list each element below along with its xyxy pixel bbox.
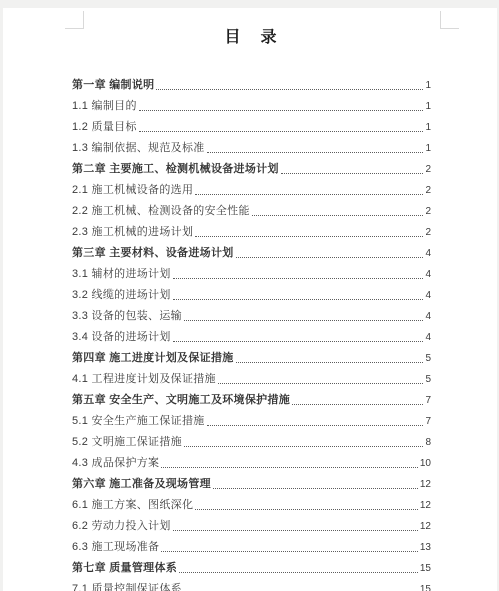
toc-entry-label: 第三章 主要材料、设备进场计划 (72, 246, 234, 261)
toc-entry-label: 1.1 编制目的 (72, 99, 137, 114)
toc-entry[interactable]: 1.2 质量目标 1 (72, 114, 431, 135)
toc-entry-page-number: 7 (425, 393, 431, 408)
toc-entry[interactable]: 1.1 编制目的 1 (72, 93, 431, 114)
toc-entry-page-number: 2 (425, 162, 431, 177)
toc-entry-page-number: 4 (425, 246, 431, 261)
document-page: 目 录 第一章 编制说明 1 1.1 编制目的 1 1.2 质量目标 1 1.3… (3, 8, 497, 591)
toc-dot-leader (213, 487, 418, 489)
toc-entry-label: 1.2 质量目标 (72, 120, 137, 135)
toc-entry-page-number: 7 (425, 414, 431, 429)
toc-entry-page-number: 1 (425, 120, 431, 135)
toc-entry-label: 5.2 文明施工保证措施 (72, 435, 182, 450)
toc-dot-leader (173, 298, 424, 300)
toc-entry[interactable]: 5.2 文明施工保证措施 8 (72, 429, 431, 450)
toc-entry-page-number: 4 (425, 309, 431, 324)
toc-entry[interactable]: 4.3 成品保护方案 10 (72, 450, 431, 471)
toc-entry-label: 3.2 线缆的进场计划 (72, 288, 171, 303)
toc-entry-label: 6.2 劳动力投入计划 (72, 519, 171, 534)
toc-entry-label: 1.3 编制依据、规范及标准 (72, 141, 205, 156)
toc-entry[interactable]: 2.3 施工机械的进场计划 2 (72, 219, 431, 240)
toc-entry[interactable]: 第四章 施工进度计划及保证措施 5 (72, 345, 431, 366)
toc-entry[interactable]: 第一章 编制说明 1 (72, 72, 431, 93)
toc-dot-leader (173, 277, 424, 279)
toc-dot-leader (156, 88, 423, 90)
toc-entry[interactable]: 第五章 安全生产、文明施工及环境保护措施 7 (72, 387, 431, 408)
toc-entry-label: 第一章 编制说明 (72, 78, 154, 93)
toc-dot-leader (236, 361, 424, 363)
toc-entry-page-number: 10 (420, 456, 431, 471)
toc-entry-page-number: 12 (420, 519, 431, 534)
toc-entry-page-number: 12 (420, 477, 431, 492)
toc-entry-page-number: 4 (425, 330, 431, 345)
toc-entry-page-number: 13 (420, 540, 431, 555)
toc-entry-page-number: 5 (425, 372, 431, 387)
toc-dot-leader (184, 445, 423, 447)
toc-entry[interactable]: 3.4 设备的进场计划 4 (72, 324, 431, 345)
toc-dot-leader (179, 571, 418, 573)
toc-entry-page-number: 5 (425, 351, 431, 366)
toc-entry-label: 2.2 施工机械、检测设备的安全性能 (72, 204, 250, 219)
toc-dot-leader (184, 319, 423, 321)
toc-dot-leader (139, 109, 424, 111)
margin-crop-mark-top-left (65, 11, 84, 29)
toc-dot-leader (252, 214, 424, 216)
toc-entry[interactable]: 3.1 辅材的进场计划 4 (72, 261, 431, 282)
toc-entry-page-number: 2 (425, 204, 431, 219)
toc-entry[interactable]: 第七章 质量管理体系 15 (72, 555, 431, 576)
toc-entry-label: 第二章 主要施工、检测机械设备进场计划 (72, 162, 279, 177)
toc-dot-leader (207, 151, 424, 153)
toc-dot-leader (281, 172, 424, 174)
toc-entry[interactable]: 6.1 施工方案、图纸深化 12 (72, 492, 431, 513)
toc-entry[interactable]: 2.2 施工机械、检测设备的安全性能 2 (72, 198, 431, 219)
toc-dot-leader (173, 340, 424, 342)
toc-entry-page-number: 2 (425, 225, 431, 240)
toc-dot-leader (218, 382, 424, 384)
toc-dot-leader (161, 466, 418, 468)
toc-title: 目 录 (72, 28, 431, 48)
toc-entry-label: 7.1 质量控制保证体系 (72, 582, 182, 591)
toc-dot-leader (207, 424, 424, 426)
toc-entry-label: 第七章 质量管理体系 (72, 561, 177, 576)
toc-entry-label: 3.1 辅材的进场计划 (72, 267, 171, 282)
toc-entry[interactable]: 4.1 工程进度计划及保证措施 5 (72, 366, 431, 387)
toc-entry[interactable]: 5.1 安全生产施工保证措施 7 (72, 408, 431, 429)
toc-entry-label: 3.4 设备的进场计划 (72, 330, 171, 345)
toc-entry-page-number: 4 (425, 288, 431, 303)
toc-entry-page-number: 8 (425, 435, 431, 450)
toc-entry[interactable]: 第六章 施工准备及现场管理 12 (72, 471, 431, 492)
toc-entry-label: 2.1 施工机械设备的选用 (72, 183, 193, 198)
toc-entry-label: 6.1 施工方案、图纸深化 (72, 498, 193, 513)
toc-dot-leader (139, 130, 424, 132)
toc-entry[interactable]: 3.3 设备的包装、运输 4 (72, 303, 431, 324)
toc-entry[interactable]: 第二章 主要施工、检测机械设备进场计划 2 (72, 156, 431, 177)
toc-entry-page-number: 15 (420, 582, 431, 591)
toc-dot-leader (173, 529, 418, 531)
toc-entry-label: 第六章 施工准备及现场管理 (72, 477, 211, 492)
toc-entry-label: 2.3 施工机械的进场计划 (72, 225, 193, 240)
toc-entry[interactable]: 6.3 施工现场准备 13 (72, 534, 431, 555)
toc-entry-label: 4.1 工程进度计划及保证措施 (72, 372, 216, 387)
toc-dot-leader (236, 256, 424, 258)
toc-entry-label: 3.3 设备的包装、运输 (72, 309, 182, 324)
margin-crop-mark-top-right (440, 11, 459, 29)
toc-entry-page-number: 12 (420, 498, 431, 513)
toc-entry-page-number: 2 (425, 183, 431, 198)
toc-entry-page-number: 15 (420, 561, 431, 576)
toc-entry-label: 4.3 成品保护方案 (72, 456, 159, 471)
toc-entry-label: 第五章 安全生产、文明施工及环境保护措施 (72, 393, 290, 408)
toc-dot-leader (195, 193, 423, 195)
toc-list: 第一章 编制说明 1 1.1 编制目的 1 1.2 质量目标 1 1.3 编制依… (72, 72, 431, 591)
toc-entry-label: 6.3 施工现场准备 (72, 540, 159, 555)
toc-entry-label: 第四章 施工进度计划及保证措施 (72, 351, 234, 366)
toc-dot-leader (292, 403, 423, 405)
toc-entry-page-number: 4 (425, 267, 431, 282)
toc-entry[interactable]: 2.1 施工机械设备的选用 2 (72, 177, 431, 198)
toc-entry[interactable]: 6.2 劳动力投入计划 12 (72, 513, 431, 534)
toc-entry[interactable]: 7.1 质量控制保证体系 15 (72, 576, 431, 591)
toc-entry[interactable]: 1.3 编制依据、规范及标准 1 (72, 135, 431, 156)
toc-dot-leader (161, 550, 418, 552)
toc-entry-page-number: 1 (425, 78, 431, 93)
toc-entry[interactable]: 3.2 线缆的进场计划 4 (72, 282, 431, 303)
toc-dot-leader (195, 508, 418, 510)
toc-entry-page-number: 1 (425, 99, 431, 114)
toc-entry-page-number: 1 (425, 141, 431, 156)
toc-entry-label: 5.1 安全生产施工保证措施 (72, 414, 205, 429)
toc-entry[interactable]: 第三章 主要材料、设备进场计划 4 (72, 240, 431, 261)
toc-dot-leader (195, 235, 423, 237)
